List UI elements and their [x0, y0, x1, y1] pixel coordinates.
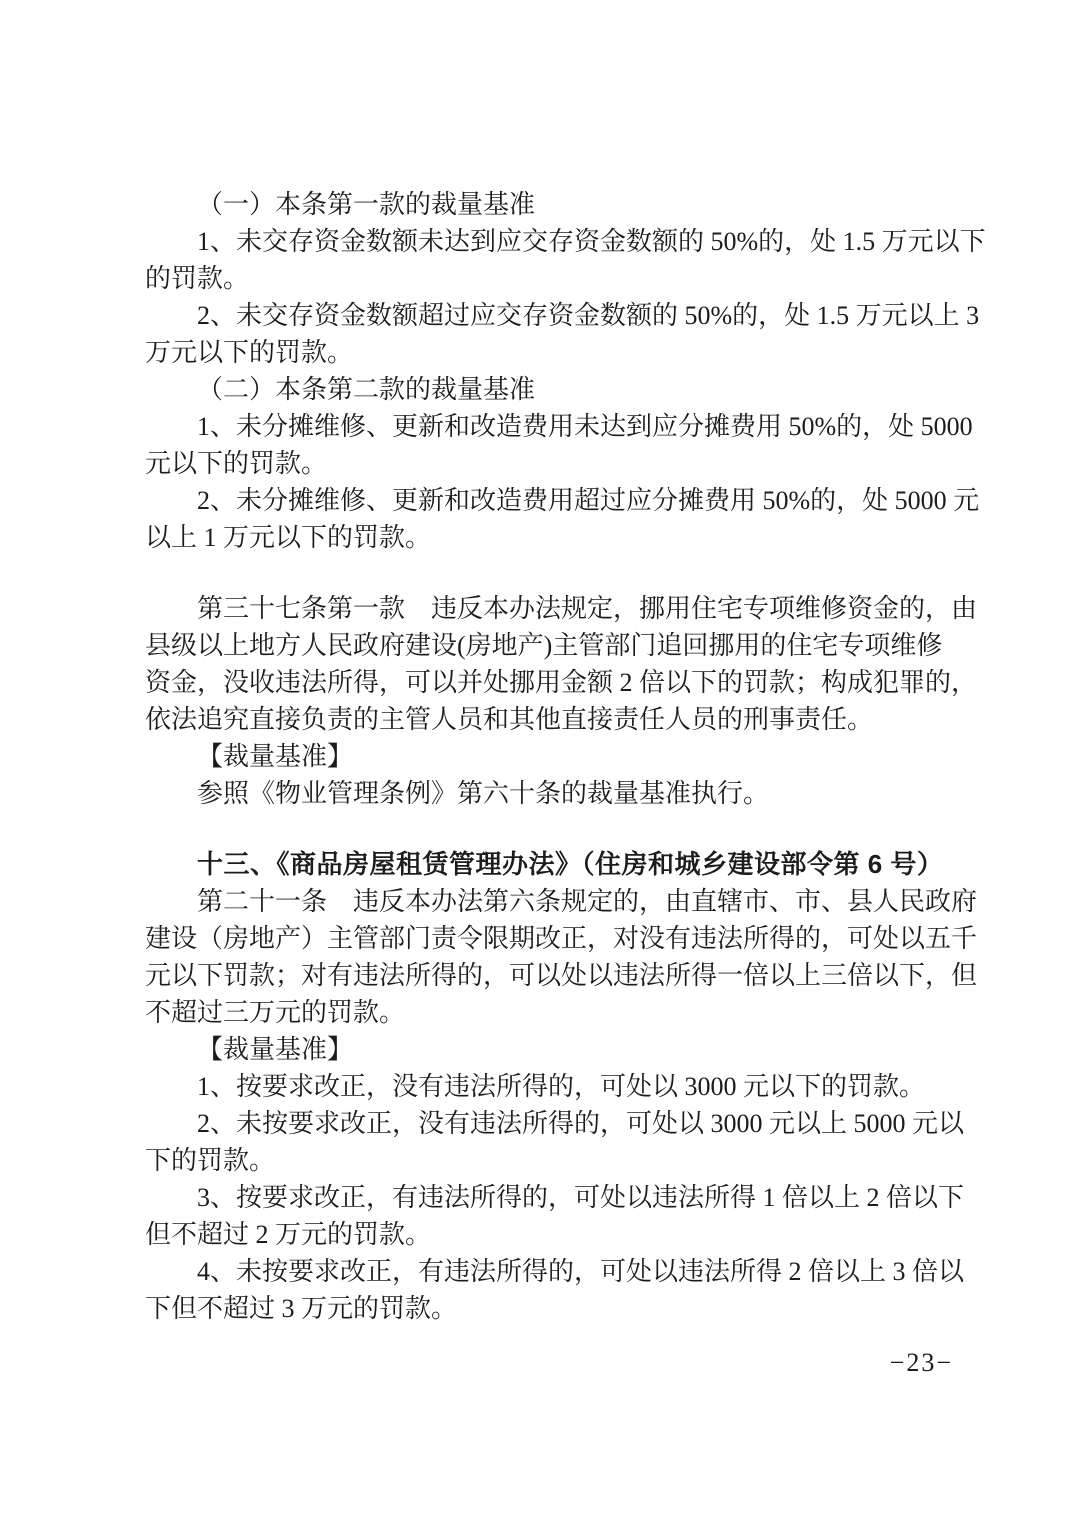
text-line: 元以下罚款；对有违法所得的，可以处以违法所得一倍以上三倍以下，但 [145, 957, 951, 994]
text-line: 元以下的罚款。 [145, 445, 951, 482]
text-line: 第三十七条第一款 违反本办法规定，挪用住宅专项维修资金的，由 [145, 590, 951, 627]
document-page: （一）本条第一款的裁量基准1、未交存资金数额未达到应交存资金数额的 50%的，处… [0, 0, 1075, 1520]
text-line: 但不超过 2 万元的罚款。 [145, 1216, 951, 1253]
text-line: 1、未交存资金数额未达到应交存资金数额的 50%的，处 1.5 万元以下 [145, 223, 951, 260]
text-line: 县级以上地方人民政府建设(房地产)主管部门追回挪用的住宅专项维修 [145, 627, 951, 664]
text-line: 资金，没收违法所得，可以并处挪用金额 2 倍以下的罚款；构成犯罪的， [145, 664, 951, 701]
text-line: 不超过三万元的罚款。 [145, 994, 951, 1031]
text-line: 第二十一条 违反本办法第六条规定的，由直辖市、市、县人民政府 [145, 883, 951, 920]
text-line: 1、未分摊维修、更新和改造费用未达到应分摊费用 50%的，处 5000 [145, 408, 951, 445]
text-line: 依法追究直接负责的主管人员和其他直接责任人员的刑事责任。 [145, 701, 951, 738]
text-line: 下的罚款。 [145, 1142, 951, 1179]
text-line: 2、未按要求改正，没有违法所得的，可处以 3000 元以上 5000 元以 [145, 1105, 951, 1142]
text-line: 参照《物业管理条例》第六十条的裁量基准执行。 [145, 775, 951, 812]
text-line: 【裁量基准】 [145, 1031, 951, 1068]
text-line: 【裁量基准】 [145, 738, 951, 775]
text-line: 建设（房地产）主管部门责令限期改正，对没有违法所得的，可处以五千 [145, 920, 951, 957]
text-line: 1、按要求改正，没有违法所得的，可处以 3000 元以下的罚款。 [145, 1068, 951, 1105]
page-number: −23− [890, 1348, 953, 1378]
text-line: 2、未分摊维修、更新和改造费用超过应分摊费用 50%的，处 5000 元 [145, 482, 951, 519]
section-heading-line: 十三、《商品房屋租赁管理办法》（住房和城乡建设部令第 6 号） [145, 846, 951, 883]
text-line: （一）本条第一款的裁量基准 [145, 186, 951, 223]
document-body: （一）本条第一款的裁量基准1、未交存资金数额未达到应交存资金数额的 50%的，处… [145, 186, 951, 1327]
text-line: （二）本条第二款的裁量基准 [145, 371, 951, 408]
text-line: 下但不超过 3 万元的罚款。 [145, 1290, 951, 1327]
text-line: 万元以下的罚款。 [145, 334, 951, 371]
text-line: 3、按要求改正，有违法所得的，可处以违法所得 1 倍以上 2 倍以下 [145, 1179, 951, 1216]
text-line: 4、未按要求改正，有违法所得的，可处以违法所得 2 倍以上 3 倍以 [145, 1253, 951, 1290]
text-line: 2、未交存资金数额超过应交存资金数额的 50%的，处 1.5 万元以上 3 [145, 297, 951, 334]
text-line: 的罚款。 [145, 260, 951, 297]
text-line: 以上 1 万元以下的罚款。 [145, 519, 951, 556]
